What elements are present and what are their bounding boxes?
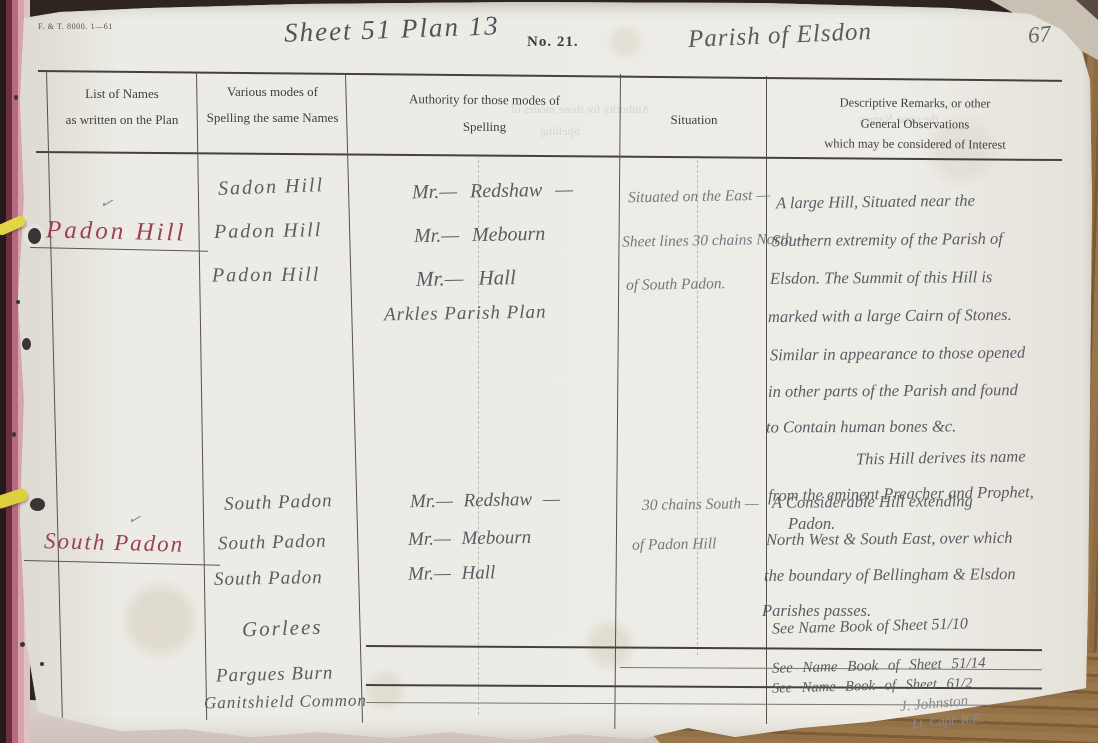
- spelling-line: Pargues Burn: [216, 662, 334, 687]
- spelling-line: Padon Hill: [214, 219, 323, 244]
- authority-line: Arkles Parish Plan: [384, 302, 547, 327]
- header-list-of-names-line2: as written on the Plan: [48, 112, 196, 128]
- remarks-line: marked with a large Cairn of Stones.: [768, 305, 1012, 327]
- remarks-line: Elsdon. The Summit of this Hill is: [770, 267, 992, 289]
- punch-hole: [30, 498, 45, 511]
- remarks-line: A large Hill, Situated near the: [776, 191, 975, 214]
- speck: [40, 662, 44, 666]
- spelling-line: South Padon: [224, 490, 333, 516]
- speck: [14, 95, 18, 100]
- situation-guide-rule: [697, 155, 698, 655]
- number-label: No. 21.: [527, 34, 579, 51]
- col-rule-situation-remarks: [766, 76, 767, 724]
- header-various-modes-line1: Various modes of: [200, 84, 345, 100]
- authority-line: Mr.— Redshaw —: [412, 179, 573, 205]
- punch-hole: [28, 228, 41, 244]
- header-list-of-names-line1: List of Names: [48, 86, 196, 102]
- spelling-line: Padon Hill: [212, 264, 321, 288]
- speck: [16, 300, 20, 304]
- remarks-line: Similar in appearance to those opened: [770, 343, 1025, 366]
- spelling-line: Gorlees: [242, 615, 323, 643]
- remarks-line: the boundary of Bellingham & Elsdon: [764, 564, 1016, 586]
- page-number: 67: [1027, 21, 1053, 49]
- authority-line: Mr.— Hall: [416, 265, 516, 292]
- header-situation: Situation: [624, 112, 764, 128]
- remarks-line: in other parts of the Parish and found: [768, 380, 1018, 402]
- scanned-name-book-page: F. & T. 8000. 1—61 Sheet 51 Plan 13 No. …: [0, 0, 1098, 743]
- situation-line: of Padon Hill: [632, 535, 717, 554]
- authority-line: Mr.— Hall: [408, 562, 496, 586]
- header-remarks-line3: which may be considered of Interest: [770, 136, 1060, 153]
- header-remarks-line2: General Observations: [770, 116, 1060, 133]
- header-authority-line2: Spelling: [352, 119, 617, 135]
- spelling-line: South Padon: [214, 567, 323, 591]
- authority-line: Mr.— Mebourn: [408, 527, 532, 551]
- remarks-line: to Contain human bones &c.: [766, 417, 956, 438]
- plan-name-south-padon: South Padon: [44, 528, 185, 558]
- punch-hole: [22, 338, 31, 350]
- header-authority-line1: Authority for those modes of: [352, 91, 617, 110]
- header-various-modes-line2: Spelling the same Names: [200, 110, 345, 126]
- plan-name-padon-hill: Padon Hill: [46, 216, 187, 247]
- remarks-line: This Hill derives its name: [856, 447, 1026, 470]
- situation-line: Situated on the East —: [628, 187, 770, 207]
- remarks-line: A Considerable Hill extending: [772, 491, 973, 513]
- situation-line: 30 chains South —: [642, 495, 759, 515]
- header-remarks-line1: Descriptive Remarks, or other: [770, 95, 1060, 112]
- spelling-line: South Padon: [218, 531, 327, 556]
- spelling-line: Ganitshield Common: [204, 691, 367, 714]
- situation-line: of South Padon.: [626, 275, 726, 295]
- remarks-line: North West & South East, over which: [766, 528, 1013, 550]
- speck: [20, 642, 25, 647]
- authority-line: Mr.— Redshaw —: [410, 489, 560, 514]
- speck: [12, 432, 16, 437]
- remarks-line: Southern extremity of the Parish of: [772, 229, 1003, 251]
- spelling-line: Sadon Hill: [218, 174, 325, 201]
- authority-line: Mr.— Mebourn: [414, 223, 546, 248]
- form-reference: F. & T. 8000. 1—61: [38, 22, 113, 31]
